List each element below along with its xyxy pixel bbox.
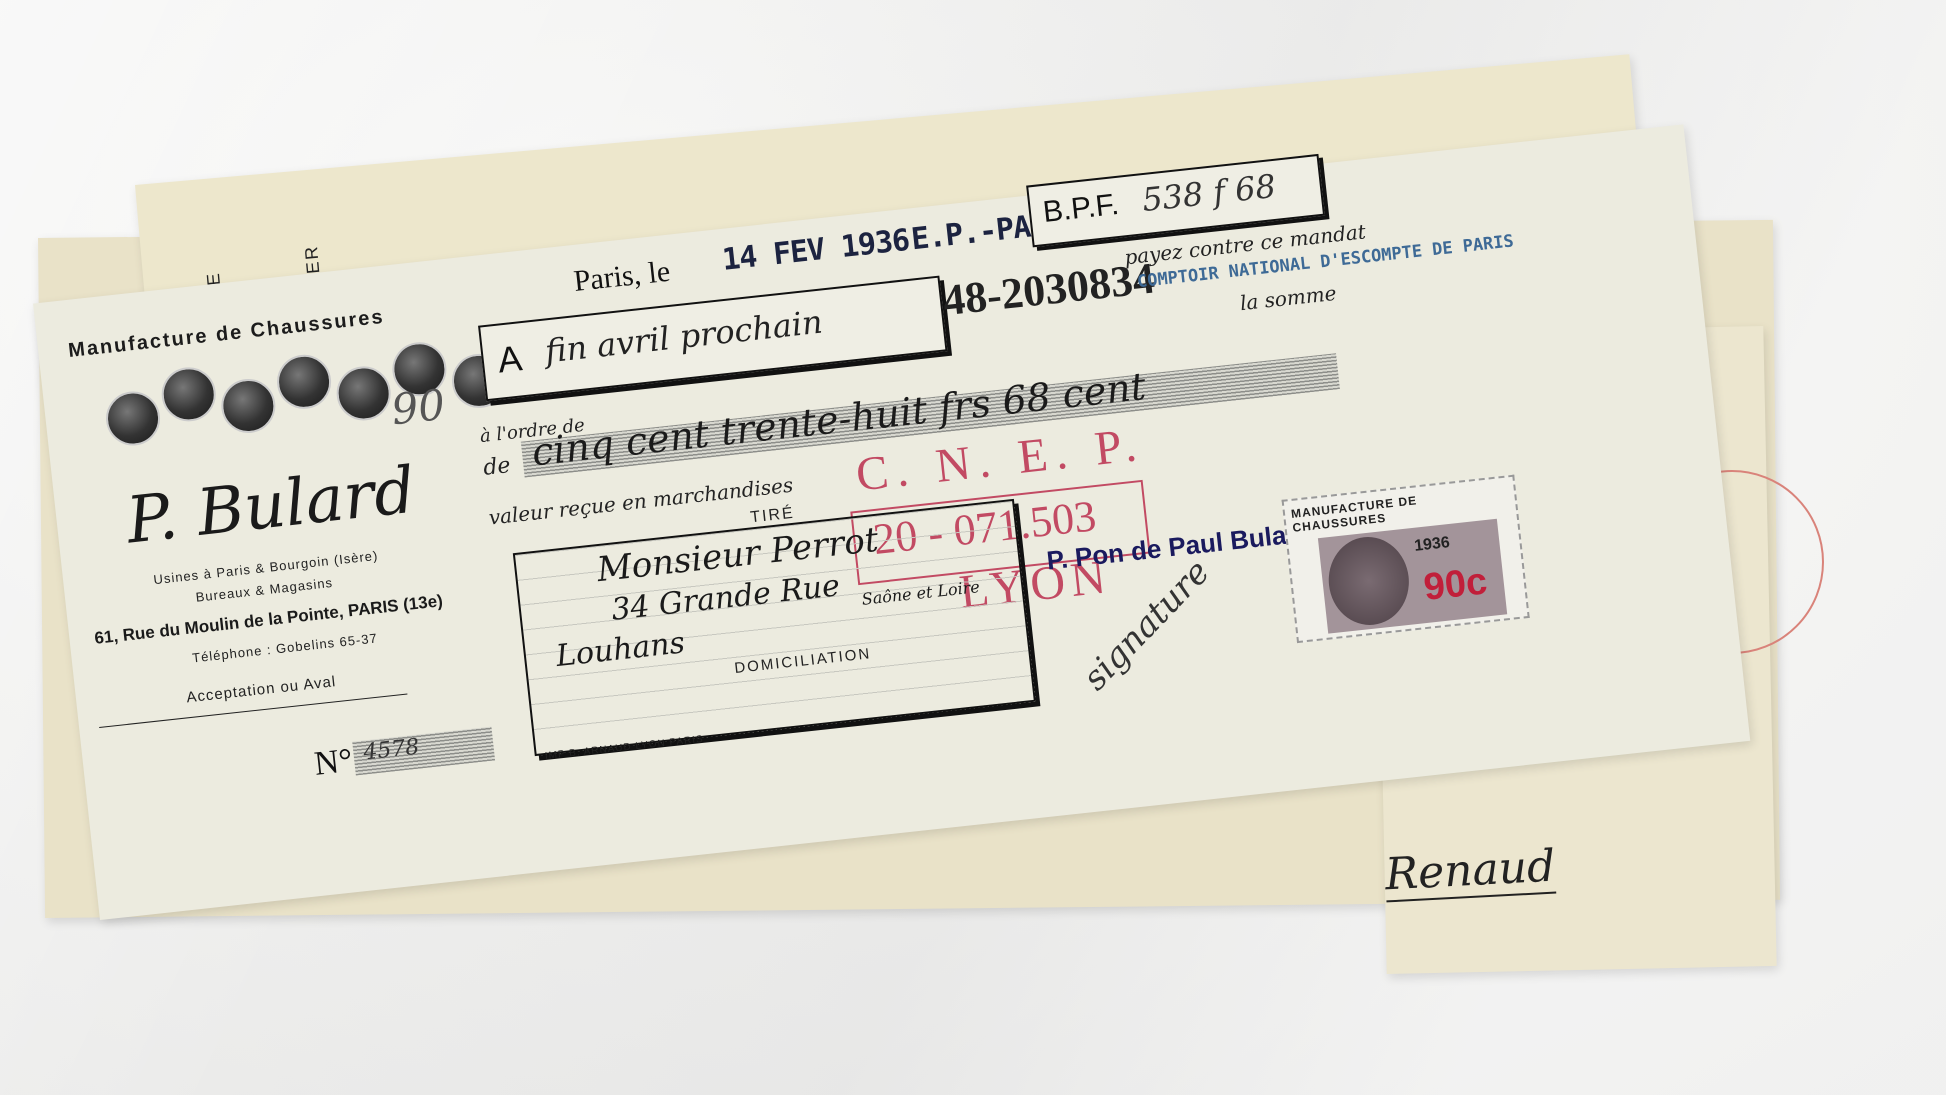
brand-name: P. Bulard [123,454,419,559]
fiscal-stamp-area: MANUFACTURE DE CHAUSSURES 1936 90c [1282,475,1530,643]
back-signature: Renaud [1384,841,1557,903]
handwritten-mark: 90 [389,380,447,434]
bpf-label: B.P.F. [1041,188,1120,230]
acceptance-label: Acceptation ou Aval [186,673,337,706]
number-value: 4578 [352,727,495,776]
medal-icon [159,365,219,425]
medal-icon [274,352,334,412]
due-value: fin avril prochain [543,303,824,371]
fiscal-value: 90c [1422,560,1490,610]
medal-icon [334,364,394,424]
date-stamp: 14 FEV 1936 [721,223,911,278]
drawee-box: Monsieur Perrot 34 Grande Rue Louhans Sa… [513,499,1036,756]
drawee-department: Saône et Loire [861,577,981,609]
marianne-seal-icon [1324,533,1413,629]
value-label: valeur reçue en marchandises [488,473,795,530]
due-prefix: A [496,337,524,381]
telephone: Téléphone : Gobelins 65-37 [191,630,378,665]
due-date-box: A fin avril prochain [478,276,947,402]
medal-icon [219,376,279,436]
sum-label: la somme [1239,281,1338,315]
de-label: de [482,453,512,481]
bpf-amount: 538 f 68 [1140,167,1277,219]
address: 61, Rue du Moulin de la Pointe, PARIS (1… [94,591,444,649]
place-label: Paris, le [572,255,672,299]
number-label: N° [312,742,354,784]
medal-icon [103,389,163,449]
fiscal-stamp: 1936 90c [1318,519,1507,634]
fiscal-year: 1936 [1413,534,1450,556]
drawee-city: Louhans [554,625,686,674]
domiciliation-label: DOMICILIATION [728,645,878,678]
